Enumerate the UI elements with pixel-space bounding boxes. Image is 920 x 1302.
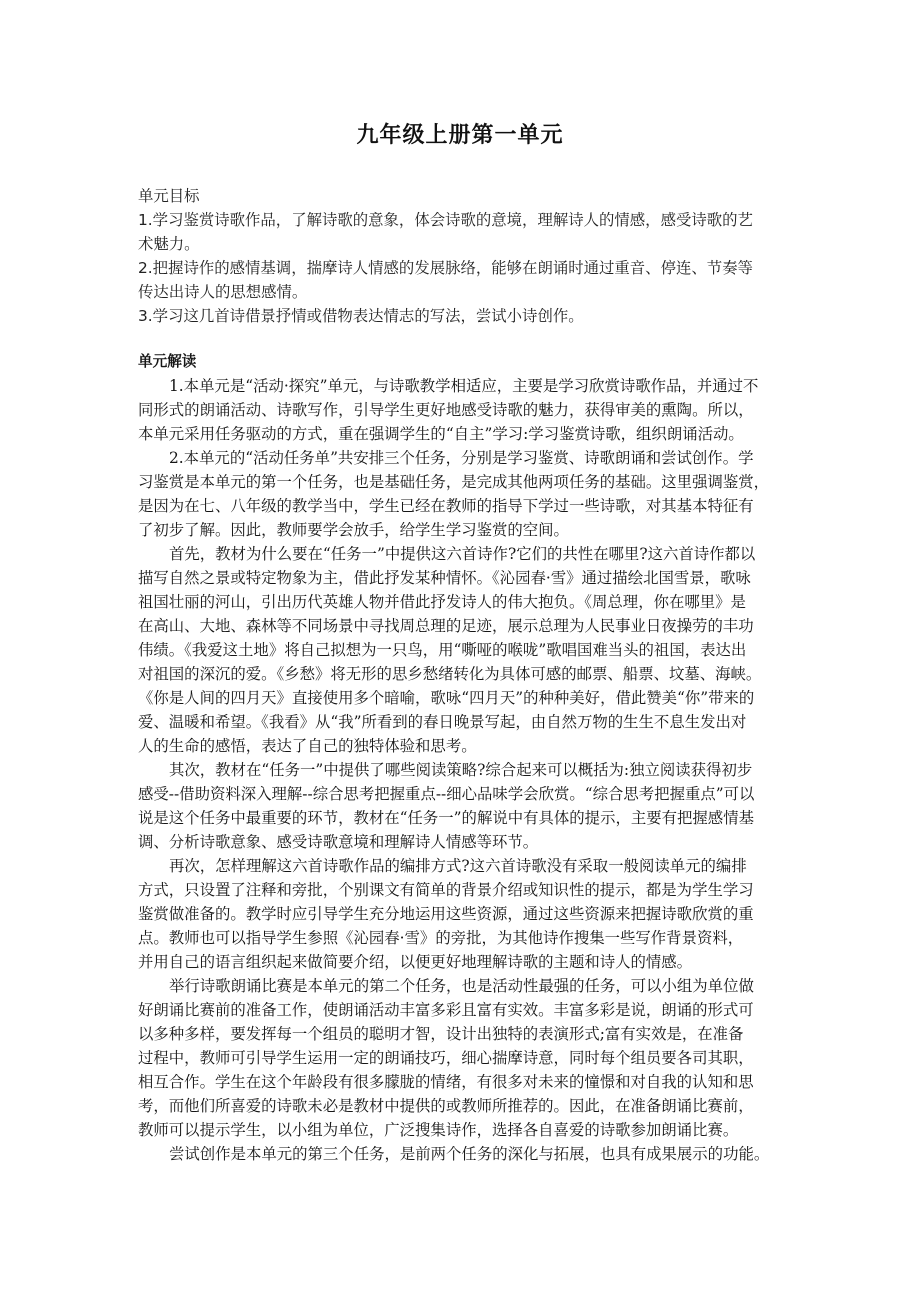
objectives-heading: 单元目标: [138, 184, 790, 208]
paragraph-line: 并用自己的语言组织起来做简要介绍，以便更好地理解诗歌的主题和诗人的情感。: [138, 950, 790, 974]
paragraph-4: 其次，教材在“任务一”中提供了哪些阅读策略?综合起来可以概括为:独立阅读获得初步…: [138, 758, 790, 854]
paragraph-line: 点。教师也可以指导学生参照《沁园春·雪》的旁批，为其他诗作搜集一些写作背景资料，: [138, 926, 790, 950]
paragraph-line: 在高山、大地、森林等不同场景中寻找周总理的足迹，展示总理为人民事业日夜操劳的丰功: [138, 614, 790, 638]
paragraph-line: 举行诗歌朗诵比赛是本单元的第二个任务，也是活动性最强的任务，可以小组为单位做: [138, 974, 790, 998]
paragraph-line: 同形式的朗诵活动、诗歌写作，引导学生更好地感受诗歌的魅力，获得审美的熏陶。所以，: [138, 398, 790, 422]
paragraph-line: 方式，只设置了注释和旁批，个别课文有简单的背景介绍或知识性的提示，都是为学生学习: [138, 878, 790, 902]
paragraph-line: 描写自然之景或特定物象为主，借此抒发某种情怀。《沁园春·雪》通过描绘北国雪景，歌…: [138, 566, 790, 590]
paragraph-line: 爱、温暖和希望。《我看》从“我”所看到的春日晚景写起，由自然万物的生生不息生发出…: [138, 710, 790, 734]
paragraph-line: 本单元采用任务驱动的方式，重在强调学生的“自主”学习:学习鉴赏诗歌，组织朗诵活动…: [138, 422, 790, 446]
objective-line: 2.把握诗作的感情基调，揣摩诗人情感的发展脉络，能够在朗诵时通过重音、停连、节奏…: [138, 256, 790, 280]
paragraph-line: 调、分析诗歌意象、感受诗歌意境和理解诗人情感等环节。: [138, 830, 790, 854]
paragraph-line: 人的生命的感悟，表达了自己的独特体验和思考。: [138, 734, 790, 758]
paragraph-line: 尝试创作是本单元的第三个任务，是前两个任务的深化与拓展，也具有成果展示的功能。: [138, 1142, 790, 1166]
paragraph-line: 了初步了解。因此，教师要学会放手，给学生学习鉴赏的空间。: [138, 518, 790, 542]
objective-line: 1.学习鉴赏诗歌作品，了解诗歌的意象，体会诗歌的意境，理解诗人的情感，感受诗歌的…: [138, 208, 790, 232]
paragraph-line: 2.本单元的“活动任务单”共安排三个任务，分别是学习鉴赏、诗歌朗诵和尝试创作。学: [138, 446, 790, 470]
paragraph-line: 1.本单元是“活动·探究”单元，与诗歌教学相适应，主要是学习欣赏诗歌作品，并通过…: [138, 374, 790, 398]
paragraph-7: 尝试创作是本单元的第三个任务，是前两个任务的深化与拓展，也具有成果展示的功能。: [138, 1142, 790, 1166]
paragraph-line: 说是这个任务中最重要的环节，教材在“任务一”的解说中有具体的提示，主要有把握感情…: [138, 806, 790, 830]
objectives-section: 单元目标 1.学习鉴赏诗歌作品，了解诗歌的意象，体会诗歌的意境，理解诗人的情感，…: [138, 184, 790, 328]
paragraph-line: 相互合作。学生在这个年龄段有很多朦胧的情绪，有很多对未来的憧憬和对自我的认知和思: [138, 1070, 790, 1094]
objective-line: 术魅力。: [138, 232, 790, 256]
paragraph-line: 习鉴赏是本单元的第一个任务，也是基础任务，是完成其他两项任务的基础。这里强调鉴赏…: [138, 470, 790, 494]
paragraph-line: 好朗诵比赛前的准备工作，使朗诵活动丰富多彩且富有实效。丰富多彩是说，朗诵的形式可: [138, 998, 790, 1022]
paragraph-line: 对祖国的深沉的爱。《乡愁》将无形的思乡愁绪转化为具体可感的邮票、船票、坟墓、海峡…: [138, 662, 790, 686]
paragraph-line: 考，而他们所喜爱的诗歌未必是教材中提供的或教师所推荐的。因此，在准备朗诵比赛前，: [138, 1094, 790, 1118]
paragraph-line: 其次，教材在“任务一”中提供了哪些阅读策略?综合起来可以概括为:独立阅读获得初步: [138, 758, 790, 782]
paragraph-line: 伟绩。《我爱这土地》将自己拟想为一只鸟，用“嘶哑的喉咙”歌唱国难当头的祖国，表达…: [138, 638, 790, 662]
objective-line: 3.学习这几首诗借景抒情或借物表达情志的写法，尝试小诗创作。: [138, 304, 790, 328]
paragraph-line: 《你是人间的四月天》直接使用多个暗喻，歌咏“四月天”的种种美好，借此赞美“你”带…: [138, 686, 790, 710]
interpretation-section: 单元解读 1.本单元是“活动·探究”单元，与诗歌教学相适应，主要是学习欣赏诗歌作…: [138, 350, 790, 1166]
document-page: 九年级上册第一单元 单元目标 1.学习鉴赏诗歌作品，了解诗歌的意象，体会诗歌的意…: [0, 0, 920, 1302]
paragraph-line: 是因为在七、八年级的教学当中，学生已经在教师的指导下学过一些诗歌，对其基本特征有: [138, 494, 790, 518]
paragraph-line: 以多种多样，要发挥每一个组员的聪明才智，设计出独特的表演形式;富有实效是，在准备: [138, 1022, 790, 1046]
objective-line: 传达出诗人的思想感情。: [138, 280, 790, 304]
paragraph-line: 感受--借助资料深入理解--综合思考把握重点--细心品味学会欣赏。“综合思考把握…: [138, 782, 790, 806]
paragraph-line: 鉴赏做准备的。教学时应引导学生充分地运用这些资源，通过这些资源来把握诗歌欣赏的重: [138, 902, 790, 926]
paragraph-1: 1.本单元是“活动·探究”单元，与诗歌教学相适应，主要是学习欣赏诗歌作品，并通过…: [138, 374, 790, 446]
paragraph-line: 首先，教材为什么要在“任务一”中提供这六首诗作?它们的共性在哪里?这六首诗作都以: [138, 542, 790, 566]
paragraph-2: 2.本单元的“活动任务单”共安排三个任务，分别是学习鉴赏、诗歌朗诵和尝试创作。学…: [138, 446, 790, 542]
document-title: 九年级上册第一单元: [0, 118, 920, 149]
paragraph-6: 举行诗歌朗诵比赛是本单元的第二个任务，也是活动性最强的任务，可以小组为单位做 好…: [138, 974, 790, 1142]
paragraph-line: 再次，怎样理解这六首诗歌作品的编排方式?这六首诗歌没有采取一般阅读单元的编排: [138, 854, 790, 878]
paragraph-line: 教师可以提示学生，以小组为单位，广泛搜集诗作，选择各自喜爱的诗歌参加朗诵比赛。: [138, 1118, 790, 1142]
paragraph-5: 再次，怎样理解这六首诗歌作品的编排方式?这六首诗歌没有采取一般阅读单元的编排 方…: [138, 854, 790, 974]
paragraph-line: 过程中，教师可引导学生运用一定的朗诵技巧，细心揣摩诗意，同时每个组员要各司其职，: [138, 1046, 790, 1070]
interpretation-heading: 单元解读: [138, 350, 790, 374]
paragraph-line: 祖国壮丽的河山，引出历代英雄人物并借此抒发诗人的伟大抱负。《周总理，你在哪里》是: [138, 590, 790, 614]
paragraph-3: 首先，教材为什么要在“任务一”中提供这六首诗作?它们的共性在哪里?这六首诗作都以…: [138, 542, 790, 758]
